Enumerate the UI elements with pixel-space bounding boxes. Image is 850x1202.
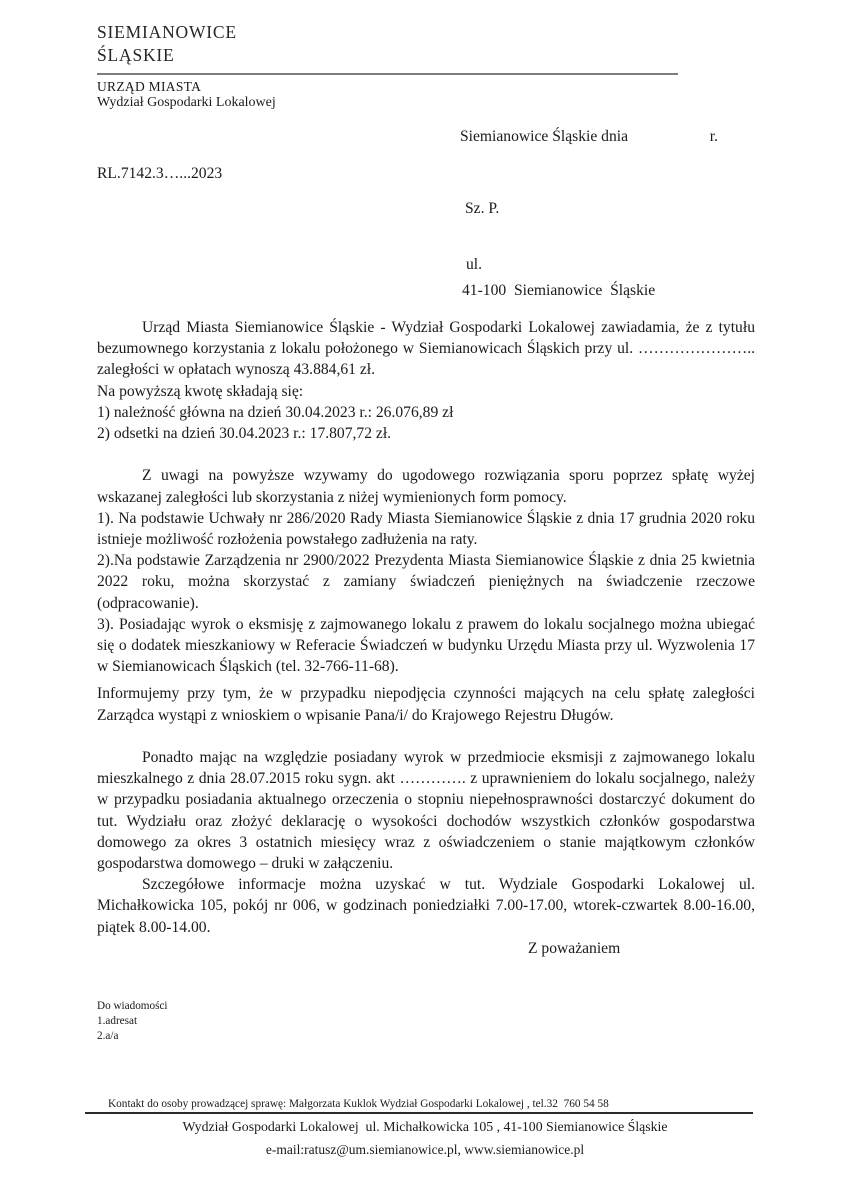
body-paragraph-call-to-settle: Z uwagi na powyższe wzywamy do ugodowego… (97, 465, 755, 507)
date-suffix: r. (710, 126, 718, 147)
body-paragraph-eviction-details: Ponadto mając na względzie posiadany wyr… (97, 747, 755, 874)
letterhead-department-name: Wydział Gospodarki Lokalowej (97, 94, 276, 111)
recipient-street-label: ul. (466, 256, 482, 274)
cc-title: Do wiadomości (97, 999, 168, 1014)
body-paragraph-intro: Urząd Miasta Siemianowice Śląskie - Wydz… (97, 317, 755, 381)
date-line: Siemianowice Śląskie dnia r. (460, 126, 718, 147)
body-line-amount-header: Na powyższą kwotę składają się: (97, 381, 755, 402)
letterhead-city-line1: SIEMIANOWICE (97, 21, 237, 44)
footer-contact-line: Kontakt do osoby prowadzącej sprawę: Mał… (108, 1097, 609, 1111)
reference-number: RL.7142.3…...2023 (97, 163, 222, 184)
letterhead-city-name: SIEMIANOWICE ŚLĄSKIE (97, 21, 237, 66)
footer-email-line: e-mail:ratusz@um.siemianowice.pl, www.si… (0, 1141, 850, 1159)
cc-item-addressee: 1.adresat (97, 1014, 168, 1029)
body-paragraph-debt-register-warning: Informujemy przy tym, że w przypadku nie… (97, 683, 755, 725)
body-paragraph-option-3: 3). Posiadając wyrok o eksmisję z zajmow… (97, 614, 755, 678)
place-date-text: Siemianowice Śląskie dnia (460, 126, 628, 147)
footer-divider (85, 1112, 753, 1114)
letter-body: Urząd Miasta Siemianowice Śląskie - Wydz… (97, 317, 755, 959)
body-line-interest-amount: 2) odsetki na dzień 30.04.2023 r.: 17.80… (97, 423, 755, 444)
letterhead-office-name: URZĄD MIASTA (97, 78, 201, 95)
closing-salutation: Z poważaniem (97, 938, 755, 959)
recipient-salutation: Sz. P. (465, 200, 499, 218)
cc-block: Do wiadomości 1.adresat 2.a/a (97, 999, 168, 1045)
body-paragraph-office-info: Szczegółowe informacje można uzyskać w t… (97, 874, 755, 938)
paragraph-spacer (97, 726, 755, 747)
recipient-city-line: 41-100 Siemianowice Śląskie (462, 282, 655, 300)
paragraph-spacer (97, 444, 755, 465)
letterhead-city-line2: ŚLĄSKIE (97, 44, 237, 67)
body-line-principal-amount: 1) należność główna na dzień 30.04.2023 … (97, 402, 755, 423)
letter-document: SIEMIANOWICE ŚLĄSKIE URZĄD MIASTA Wydzia… (0, 0, 850, 1202)
footer-address-line: Wydział Gospodarki Lokalowej ul. Michałk… (0, 1118, 850, 1136)
letterhead-divider (97, 73, 678, 75)
body-paragraph-option-2: 2).Na podstawie Zarządzenia nr 2900/2022… (97, 550, 755, 614)
body-paragraph-option-1: 1). Na podstawie Uchwały nr 286/2020 Rad… (97, 508, 755, 550)
cc-item-file-copy: 2.a/a (97, 1029, 168, 1044)
